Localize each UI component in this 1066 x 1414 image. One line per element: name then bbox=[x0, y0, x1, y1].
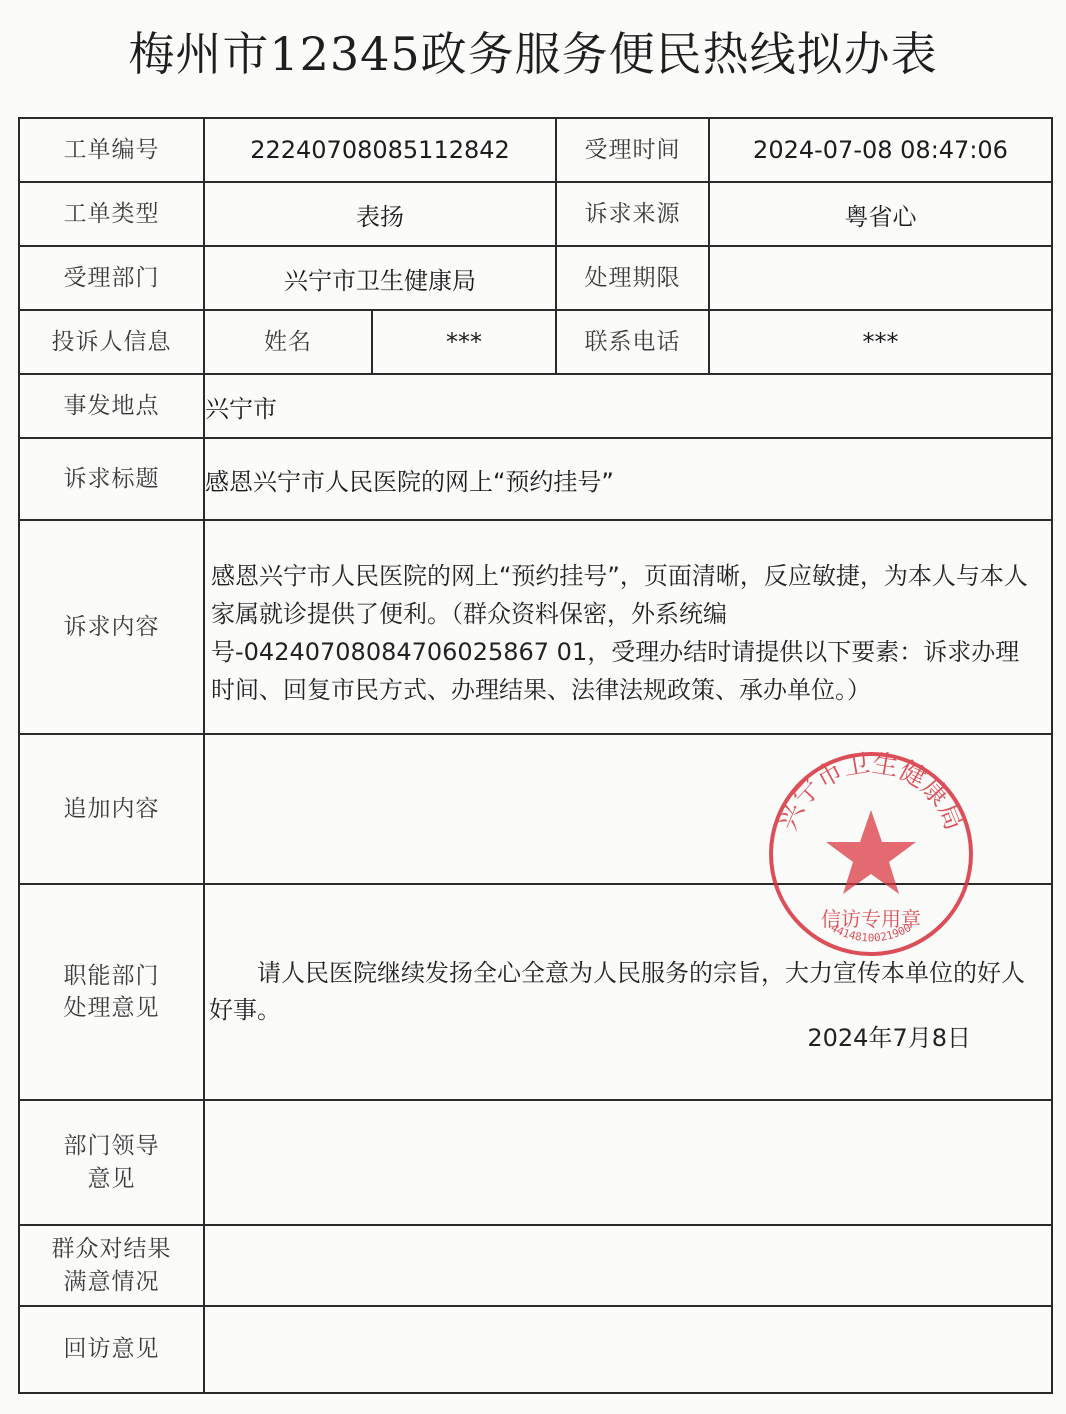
star-icon bbox=[826, 810, 916, 894]
document-title: 梅州市12345政务服务便民热线拟办表 bbox=[0, 18, 1066, 84]
leader-opinion-label-line1: 部门领导 bbox=[20, 1130, 203, 1162]
subject-value: 感恩兴宁市人民医院的网上“预约挂号” bbox=[204, 438, 1052, 520]
deadline-value bbox=[709, 246, 1052, 310]
location-value: 兴宁市 bbox=[204, 374, 1052, 438]
department-label: 受理部门 bbox=[19, 246, 204, 310]
department-value: 兴宁市卫生健康局 bbox=[204, 246, 556, 310]
leader-opinion-label: 部门领导 意见 bbox=[19, 1100, 204, 1225]
source-value: 粤省心 bbox=[709, 182, 1052, 246]
followup-label: 回访意见 bbox=[19, 1306, 204, 1393]
satisfaction-label-line1: 群众对结果 bbox=[20, 1233, 203, 1265]
received-time-label: 受理时间 bbox=[556, 118, 709, 182]
row-subject: 诉求标题 感恩兴宁市人民医院的网上“预约挂号” bbox=[19, 438, 1052, 520]
complainant-name-value: *** bbox=[372, 310, 556, 374]
ticket-type-value: 表扬 bbox=[204, 182, 556, 246]
additional-label: 追加内容 bbox=[19, 734, 204, 884]
dept-opinion-label: 职能部门 处理意见 bbox=[19, 884, 204, 1100]
row-ticket-type: 工单类型 表扬 诉求来源 粤省心 bbox=[19, 182, 1052, 246]
location-label: 事发地点 bbox=[19, 374, 204, 438]
ticket-no-label: 工单编号 bbox=[19, 118, 204, 182]
satisfaction-label: 群众对结果 满意情况 bbox=[19, 1225, 204, 1306]
leader-opinion-label-line2: 意见 bbox=[20, 1163, 203, 1195]
dept-opinion-label-line1: 职能部门 bbox=[20, 960, 203, 992]
official-seal-stamp: 兴宁市卫生健康局 信访专用章 4414810021900 bbox=[765, 748, 977, 960]
complainant-name-label: 姓名 bbox=[204, 310, 372, 374]
row-leader-opinion: 部门领导 意见 bbox=[19, 1100, 1052, 1225]
source-label: 诉求来源 bbox=[556, 182, 709, 246]
satisfaction-value bbox=[204, 1225, 1052, 1306]
satisfaction-label-line2: 满意情况 bbox=[20, 1266, 203, 1298]
row-department: 受理部门 兴宁市卫生健康局 处理期限 bbox=[19, 246, 1052, 310]
content-cell: 感恩兴宁市人民医院的网上“预约挂号”，页面清晰，反应敏捷，为本人与本人家属就诊提… bbox=[204, 520, 1052, 734]
complainant-phone-value: *** bbox=[709, 310, 1052, 374]
row-satisfaction: 群众对结果 满意情况 bbox=[19, 1225, 1052, 1306]
dept-opinion-label-line2: 处理意见 bbox=[20, 992, 203, 1024]
leader-opinion-value bbox=[204, 1100, 1052, 1225]
received-time-value: 2024-07-08 08:47:06 bbox=[709, 118, 1052, 182]
row-ticket-no: 工单编号 22240708085112842 受理时间 2024-07-08 0… bbox=[19, 118, 1052, 182]
content-label: 诉求内容 bbox=[19, 520, 204, 734]
row-content: 诉求内容 感恩兴宁市人民医院的网上“预约挂号”，页面清晰，反应敏捷，为本人与本人… bbox=[19, 520, 1052, 734]
subject-label: 诉求标题 bbox=[19, 438, 204, 520]
dept-opinion-date: 2024年7月8日 bbox=[807, 1018, 971, 1053]
followup-value bbox=[204, 1306, 1052, 1393]
deadline-label: 处理期限 bbox=[556, 246, 709, 310]
row-location: 事发地点 兴宁市 bbox=[19, 374, 1052, 438]
row-complainant: 投诉人信息 姓名 *** 联系电话 *** bbox=[19, 310, 1052, 374]
content-value: 感恩兴宁市人民医院的网上“预约挂号”，页面清晰，反应敏捷，为本人与本人家属就诊提… bbox=[205, 557, 1051, 719]
ticket-no-value: 22240708085112842 bbox=[204, 118, 556, 182]
row-followup: 回访意见 bbox=[19, 1306, 1052, 1393]
ticket-type-label: 工单类型 bbox=[19, 182, 204, 246]
complainant-label: 投诉人信息 bbox=[19, 310, 204, 374]
complainant-phone-label: 联系电话 bbox=[556, 310, 709, 374]
